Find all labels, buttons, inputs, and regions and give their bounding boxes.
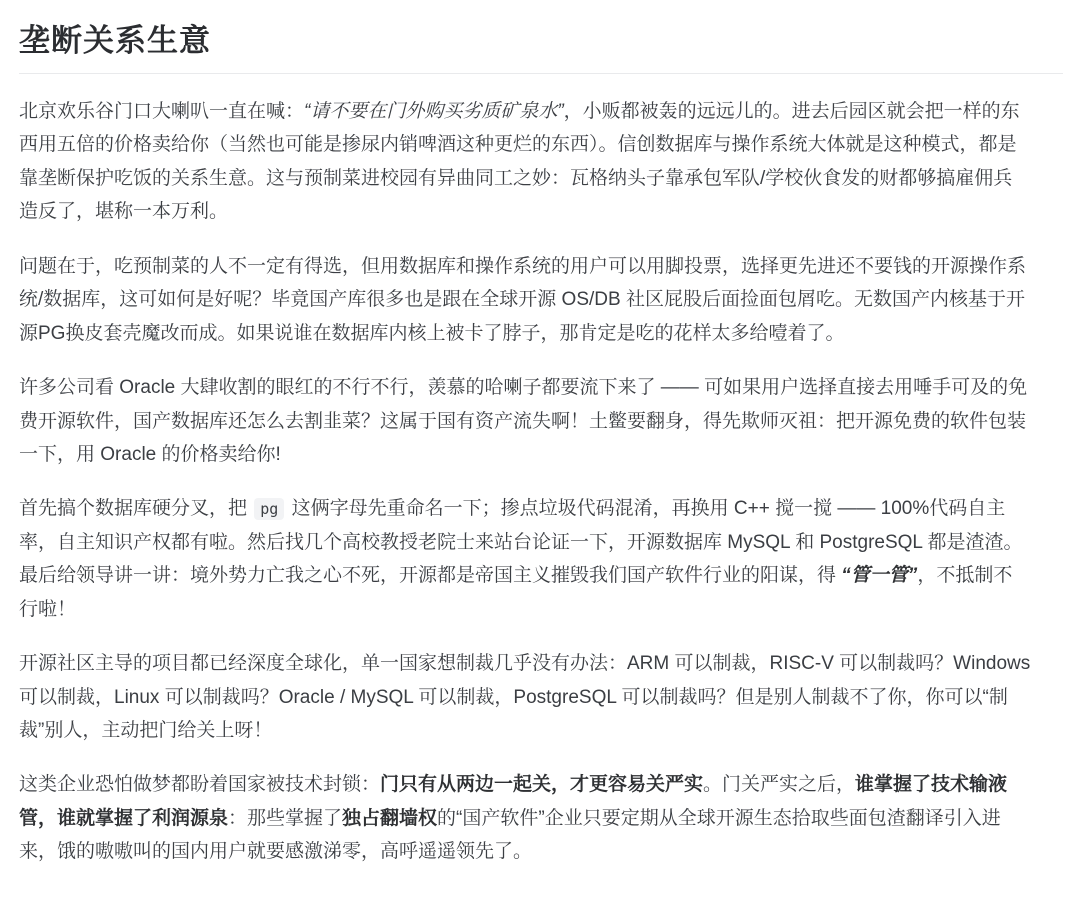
text-segment: 许多公司看 Oracle 大肆收割的眼红的不行不行，羡慕的哈喇子都要流下来了 —… [19,377,1027,465]
article-content: 北京欢乐谷门口大喇叭一直在喊：“请不要在门外购买劣质矿泉水”，小贩都被轰的远远儿… [19,95,1080,869]
paragraph: 开源社区主导的项目都已经深度全球化，单一国家想制裁几乎没有办法：ARM 可以制裁… [19,647,1031,747]
bold-text: 独占翻墙权 [342,808,437,829]
page-title: 垄断关系生意 [19,0,1063,74]
paragraph: 许多公司看 Oracle 大肆收割的眼红的不行不行，羡慕的哈喇子都要流下来了 —… [19,371,1031,471]
text-segment: 首先搞个数据库硬分叉，把 [19,498,252,519]
paragraph: 问题在于，吃预制菜的人不一定有得选，但用数据库和操作系统的用户可以用脚投票，选择… [19,250,1031,350]
text-segment: 。门关严实之后， [703,774,855,795]
italic-text: “请不要在门外购买劣质矿泉水” [304,101,564,122]
bold-text: 门只有从两边一起关，才更容易关严实 [380,774,703,795]
article-page: 垄断关系生意 北京欢乐谷门口大喇叭一直在喊：“请不要在门外购买劣质矿泉水”，小贩… [0,0,1080,914]
text-segment: 问题在于，吃预制菜的人不一定有得选，但用数据库和操作系统的用户可以用脚投票，选择… [19,256,1026,344]
inline-code: pg [254,498,284,520]
text-segment: 北京欢乐谷门口大喇叭一直在喊： [19,101,304,122]
bold-italic-text: “管一管” [841,565,917,586]
paragraph: 这类企业恐怕做梦都盼着国家被技术封锁：门只有从两边一起关，才更容易关严实。门关严… [19,768,1031,868]
text-segment: 开源社区主导的项目都已经深度全球化，单一国家想制裁几乎没有办法：ARM 可以制裁… [19,653,1030,741]
paragraph: 北京欢乐谷门口大喇叭一直在喊：“请不要在门外购买劣质矿泉水”，小贩都被轰的远远儿… [19,95,1031,229]
text-segment: ：那些掌握了 [228,808,342,829]
paragraph: 首先搞个数据库硬分叉，把 pg 这俩字母先重命名一下；掺点垃圾代码混淆，再换用 … [19,492,1031,626]
text-segment: 这类企业恐怕做梦都盼着国家被技术封锁： [19,774,380,795]
